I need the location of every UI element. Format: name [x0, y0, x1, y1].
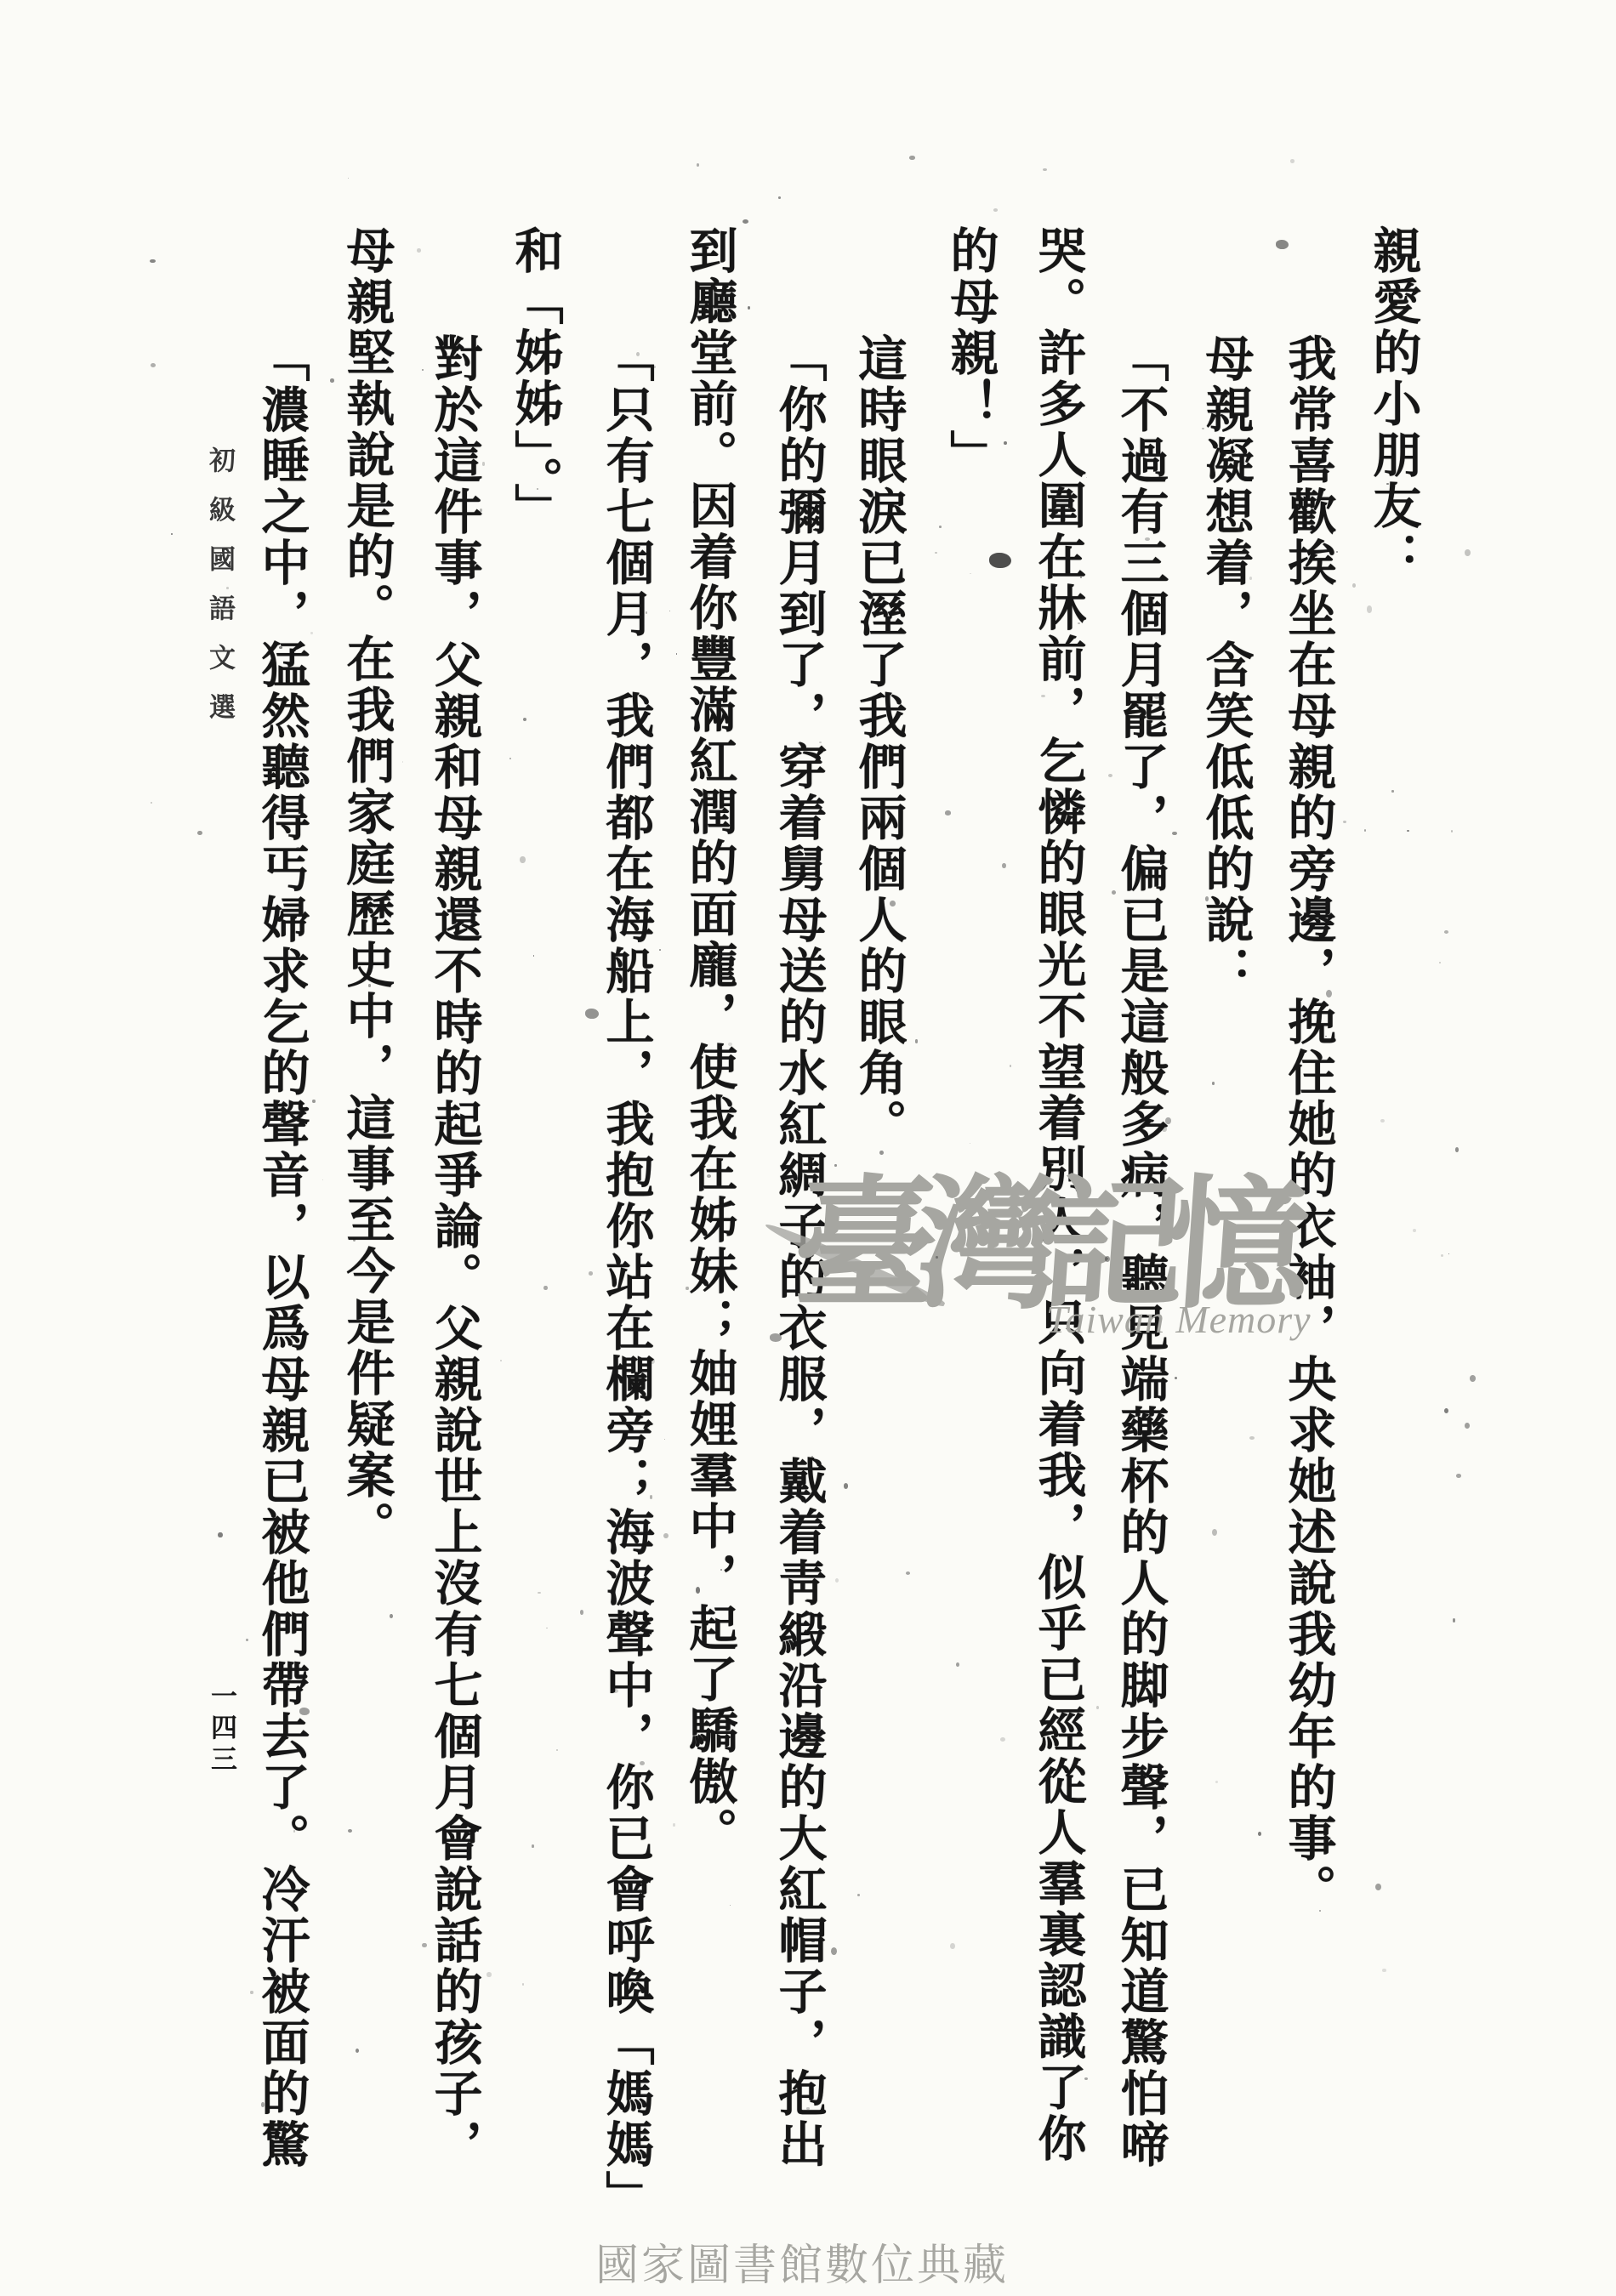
noise-speck: [1000, 1737, 1005, 1742]
noise-speck: [993, 208, 998, 211]
noise-speck: [1249, 1436, 1255, 1440]
noise-speck: [879, 1151, 884, 1156]
noise-speck: [650, 1358, 655, 1364]
noise-speck: [1215, 1781, 1218, 1783]
ink-blob: [1276, 240, 1289, 249]
noise-speck: [1295, 496, 1300, 503]
noise-speck: [310, 632, 313, 635]
noise-speck: [368, 984, 372, 987]
noise-speck: [1301, 1274, 1305, 1276]
noise-speck: [1453, 1618, 1456, 1623]
noise-speck: [1336, 551, 1337, 553]
noise-speck: [348, 178, 349, 179]
noise-speck: [1043, 168, 1048, 172]
noise-speck: [835, 1578, 839, 1583]
noise-speck: [293, 1830, 295, 1832]
noise-speck: [1258, 1832, 1261, 1836]
noise-speck: [1391, 790, 1394, 792]
noise-speck: [274, 1567, 276, 1569]
noise-speck: [1154, 694, 1158, 699]
noise-speck: [218, 1532, 222, 1538]
text-column: 對於這件事，父親和母親還不時的起爭論。父親說世上沒有七個月會說話的孩子，: [423, 333, 484, 2170]
noise-speck: [1414, 356, 1417, 361]
text-column: 「濃睡之中，猛然聽得丐婦求乞的聲音，以爲母親已被他們帶去了。冷汗被面的驚: [250, 333, 311, 2170]
noise-speck: [778, 196, 781, 199]
text-column: 「不過有三個月罷了，偏已是這般多病，聽見端藥杯的人的脚步聲，已知道驚怕啼: [1109, 333, 1170, 2170]
noise-speck: [1002, 863, 1005, 868]
noise-speck: [556, 1749, 557, 1750]
noise-speck: [1145, 537, 1150, 541]
book-title: 初級國語文選: [201, 446, 239, 742]
noise-speck: [720, 1569, 722, 1571]
noise-speck: [537, 488, 538, 490]
noise-speck: [743, 219, 748, 224]
noise-speck: [748, 306, 750, 310]
noise-speck: [811, 1941, 815, 1943]
noise-speck: [422, 369, 424, 370]
noise-speck: [645, 984, 646, 986]
noise-speck: [652, 366, 656, 368]
ink-blob: [299, 1708, 310, 1715]
noise-speck: [1343, 821, 1346, 823]
noise-speck: [500, 1360, 502, 1361]
noise-speck: [589, 1271, 593, 1276]
noise-speck: [693, 501, 696, 503]
noise-speck: [1439, 962, 1442, 963]
noise-speck: [970, 573, 970, 574]
noise-speck: [1212, 1529, 1217, 1536]
noise-speck: [646, 611, 647, 613]
text-column: 親愛的小朋友：: [1362, 225, 1423, 583]
noise-speck: [1165, 1117, 1171, 1124]
noise-speck: [673, 1823, 675, 1827]
noise-speck: [1465, 1423, 1470, 1429]
noise-speck: [250, 1991, 253, 1995]
noise-speck: [312, 1100, 315, 1103]
text-column: 哭。許多人圍在牀前，乞憐的眼光不望着別人，只向着我，似乎已經從人羣裏認識了你: [1027, 225, 1088, 2164]
noise-speck: [936, 1256, 938, 1259]
noise-speck: [1465, 549, 1471, 556]
scanned-page: 親愛的小朋友：我常喜歡挨坐在母親的旁邊，挽住她的衣袖，央求她述說我幼年的事。母親…: [0, 0, 1616, 2296]
noise-speck: [1444, 930, 1448, 934]
noise-speck: [1441, 1254, 1443, 1257]
noise-speck: [1352, 583, 1356, 588]
noise-speck: [730, 1905, 731, 1906]
text-column: 母親凝想着，含笑低低的說：: [1194, 333, 1255, 997]
noise-speck: [834, 1164, 836, 1167]
noise-speck: [844, 1483, 849, 1489]
noise-speck: [580, 1610, 583, 1614]
noise-speck: [1367, 605, 1372, 613]
noise-speck: [664, 1439, 665, 1440]
noise-speck: [915, 1039, 919, 1043]
text-column: 的母親！」: [939, 225, 1000, 480]
noise-speck: [1172, 832, 1177, 836]
noise-speck: [1380, 1119, 1385, 1122]
noise-speck: [1096, 1706, 1099, 1709]
noise-speck: [696, 1587, 700, 1593]
noise-speck: [509, 758, 511, 759]
noise-speck: [171, 533, 173, 534]
noise-speck: [1456, 1474, 1461, 1478]
text-column: 「只有七個月，我們都在海船上，我抱你站在欄旁；海波聲中，你已會呼喚「媽媽」: [595, 333, 656, 2221]
noise-speck: [197, 831, 202, 836]
noise-speck: [1175, 1377, 1177, 1379]
noise-speck: [330, 378, 334, 382]
text-column: 我常喜歡挨坐在母親的旁邊，挽住她的衣袖，央求她述說我幼年的事。: [1277, 333, 1338, 1915]
noise-speck: [151, 802, 152, 804]
noise-speck: [831, 1947, 837, 1955]
noise-speck: [543, 1286, 547, 1290]
noise-speck: [348, 1829, 352, 1833]
noise-speck: [523, 718, 526, 721]
text-column: 母親堅執說是的。在我們家庭歷史中，這事至今是件疑案。: [335, 225, 396, 1552]
noise-speck: [811, 1456, 813, 1458]
noise-speck: [1451, 830, 1453, 833]
noise-speck: [532, 1844, 534, 1847]
noise-speck: [697, 163, 700, 167]
noise-speck: [1108, 774, 1112, 777]
noise-speck: [487, 1972, 492, 1976]
noise-speck: [1152, 1460, 1157, 1466]
noise-speck: [935, 552, 937, 554]
noise-speck: [647, 1174, 649, 1177]
noise-speck: [1407, 830, 1409, 832]
noise-speck: [1326, 990, 1332, 997]
noise-speck: [356, 2049, 359, 2053]
noise-speck: [522, 1983, 524, 1985]
noise-speck: [1364, 829, 1366, 832]
ink-blob: [989, 553, 1011, 568]
noise-speck: [538, 1592, 541, 1594]
ink-blob: [585, 1009, 599, 1019]
noise-speck: [857, 1894, 861, 1896]
text-column: 「你的彌月到了，穿着舅母送的水紅綢子的衣服，戴着靑緞沿邊的大紅帽子，抱出: [767, 333, 828, 2170]
noise-speck: [322, 1179, 323, 1180]
ink-blob: [770, 1333, 782, 1342]
noise-speck: [1297, 1525, 1303, 1530]
noise-speck: [417, 248, 421, 252]
noise-speck: [906, 1571, 910, 1575]
noise-speck: [546, 1628, 548, 1628]
noise-speck: [669, 611, 670, 612]
noise-speck: [1010, 1065, 1011, 1067]
noise-speck: [950, 1943, 955, 1949]
noise-speck: [520, 856, 526, 864]
page-number: 一四三: [202, 1682, 241, 1776]
noise-speck: [246, 1639, 248, 1641]
noise-speck: [1162, 1126, 1166, 1132]
noise-speck: [1212, 1082, 1215, 1085]
noise-speck: [945, 810, 951, 815]
noise-speck: [909, 156, 915, 159]
noise-speck: [422, 1943, 426, 1947]
noise-speck: [1375, 1884, 1381, 1890]
noise-speck: [296, 847, 300, 850]
noise-speck: [1444, 1408, 1448, 1413]
noise-speck: [402, 761, 403, 763]
noise-speck: [939, 526, 942, 528]
noise-speck: [1448, 1253, 1450, 1254]
library-watermark: 國家圖書館數位典藏: [595, 2230, 1038, 2293]
noise-speck: [150, 259, 155, 263]
noise-speck: [659, 949, 661, 951]
noise-speck: [151, 363, 156, 367]
noise-speck: [533, 955, 534, 956]
noise-speck: [970, 1143, 970, 1144]
text-column: 這時眼淚已溼了我們兩個人的眼角。: [847, 333, 908, 1150]
noise-speck: [956, 1662, 959, 1667]
noise-speck: [1290, 159, 1295, 163]
noise-speck: [1004, 441, 1007, 445]
noise-speck: [1470, 1375, 1476, 1381]
noise-speck: [676, 653, 677, 654]
noise-speck: [686, 1287, 688, 1291]
noise-speck: [1413, 1229, 1416, 1232]
noise-speck: [390, 1614, 393, 1618]
noise-speck: [482, 462, 486, 466]
noise-speck: [1086, 477, 1087, 478]
noise-speck: [1455, 1147, 1459, 1152]
noise-speck: [663, 1533, 669, 1539]
text-column: 和「姊姊」。」: [504, 225, 565, 534]
noise-speck: [612, 1689, 618, 1693]
noise-speck: [1078, 622, 1079, 624]
noise-speck: [1249, 577, 1252, 580]
noise-speck: [1128, 902, 1129, 904]
noise-speck: [1382, 1969, 1386, 1972]
